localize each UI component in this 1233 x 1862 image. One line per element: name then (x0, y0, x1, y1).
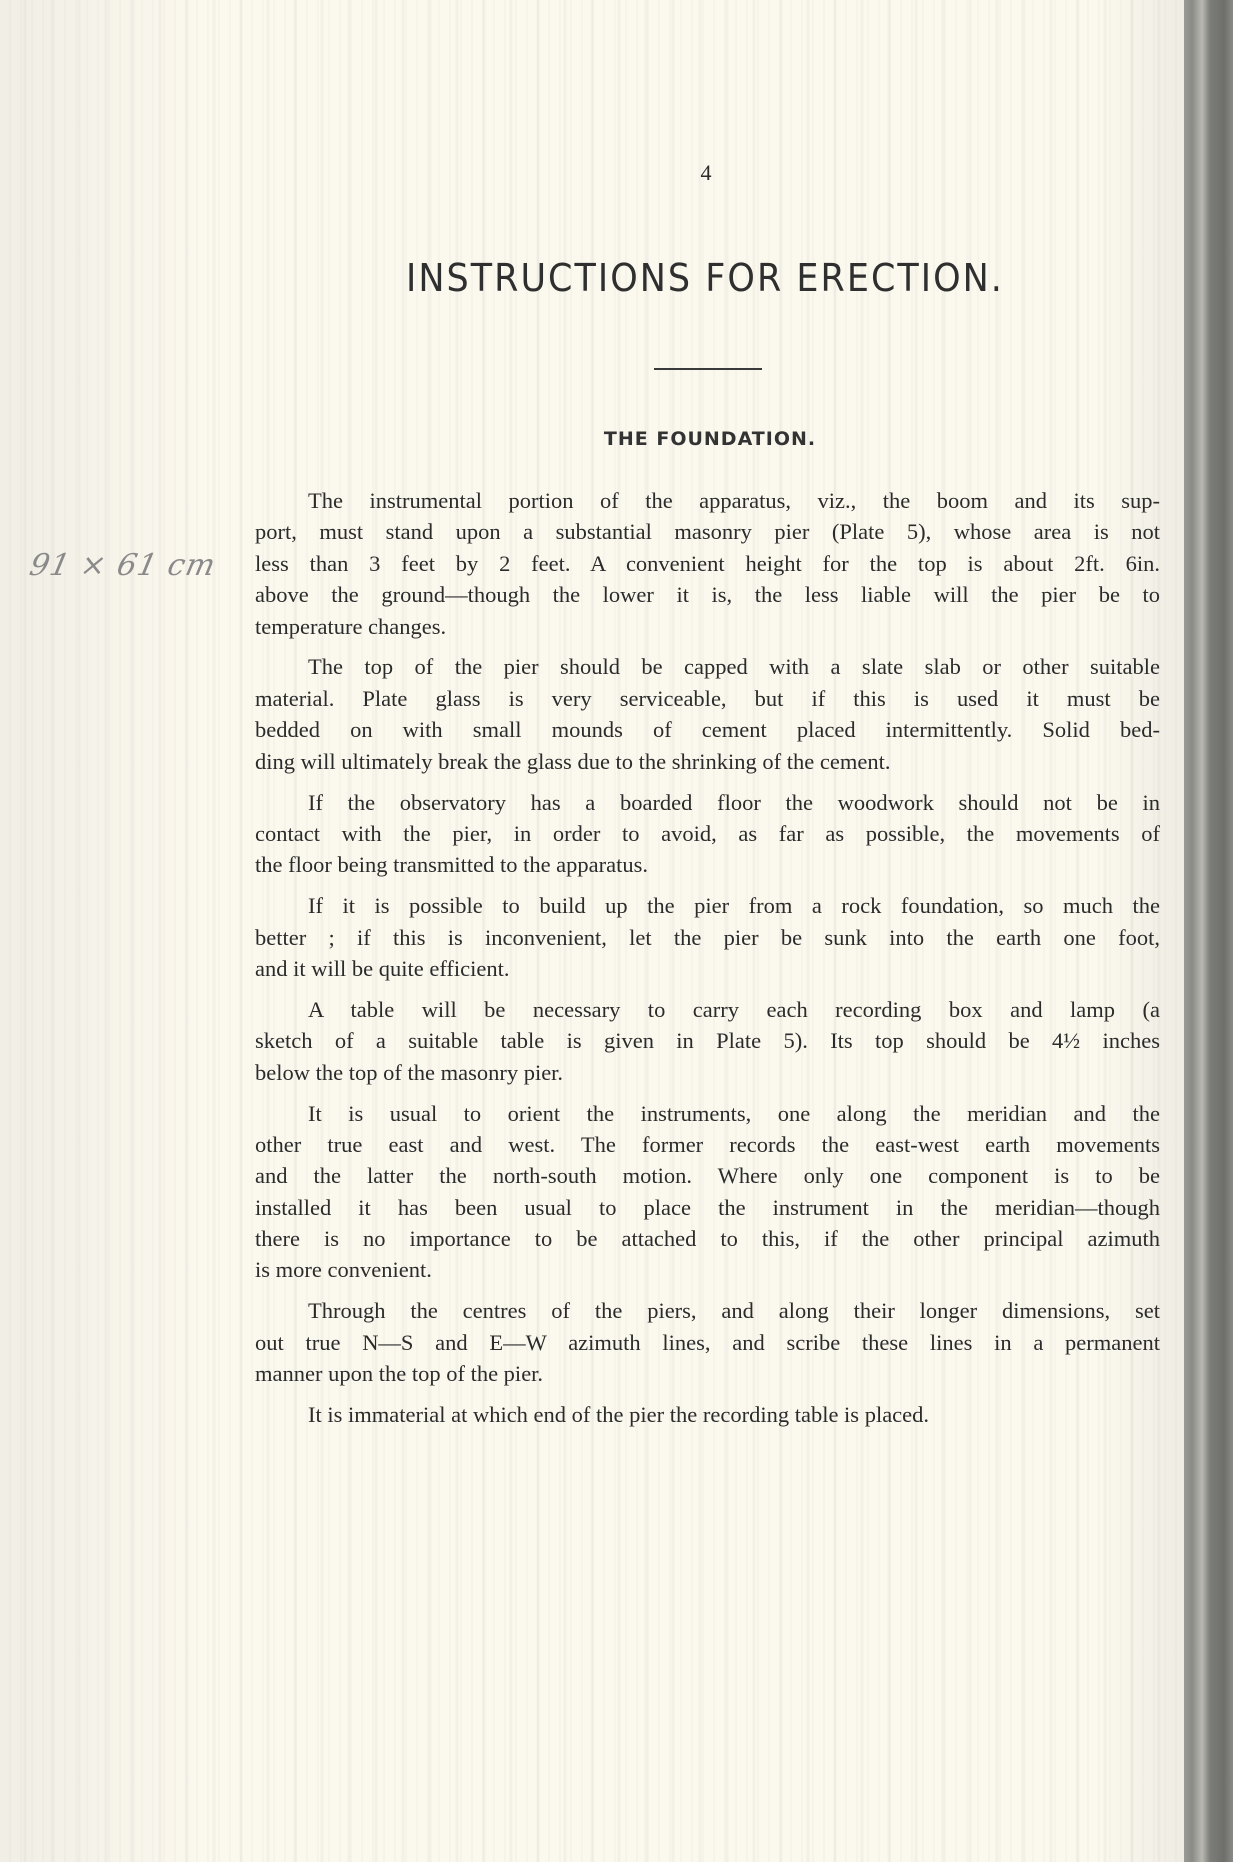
text-line: the floor being transmitted to the appar… (255, 849, 1160, 880)
paragraph-1: The instrumental portion of the apparatu… (255, 485, 1160, 642)
text-line: If it is possible to build up the pier f… (255, 890, 1160, 921)
text-line: port, must stand upon a substantial maso… (255, 516, 1160, 547)
text-line: ding will ultimately break the glass due… (255, 746, 1160, 777)
paragraph-4: If it is possible to build up the pier f… (255, 890, 1160, 984)
text-line: It is immaterial at which end of the pie… (255, 1399, 1160, 1430)
paragraph-3: If the observatory has a boarded floor t… (255, 787, 1160, 881)
scan-shade-left (0, 0, 200, 1862)
text-line: better ; if this is inconvenient, let th… (255, 922, 1160, 953)
paragraph-2: The top of the pier should be capped wit… (255, 651, 1160, 777)
text-line: below the top of the masonry pier. (255, 1057, 1160, 1088)
paragraph-5: A table will be necessary to carry each … (255, 994, 1160, 1088)
text-line: bedded on with small mounds of cement pl… (255, 714, 1160, 745)
text-line: above the ground—though the lower it is,… (255, 579, 1160, 610)
text-line: temperature changes. (255, 611, 1160, 642)
paragraph-8: It is immaterial at which end of the pie… (255, 1399, 1160, 1430)
text-line: material. Plate glass is very serviceabl… (255, 683, 1160, 714)
page-title: INSTRUCTIONS FOR ERECTION. (332, 255, 1077, 301)
text-line: manner upon the top of the pier. (255, 1358, 1160, 1389)
text-line: Through the centres of the piers, and al… (255, 1295, 1160, 1326)
text-line: sketch of a suitable table is given in P… (255, 1025, 1160, 1056)
title-divider (654, 368, 762, 370)
page-number: 4 (690, 160, 722, 186)
text-line: is more convenient. (255, 1254, 1160, 1285)
text-line: and it will be quite efficient. (255, 953, 1160, 984)
text-line: If the observatory has a boarded floor t… (255, 787, 1160, 818)
text-line: contact with the pier, in order to avoid… (255, 818, 1160, 849)
text-line: less than 3 feet by 2 feet. A convenient… (255, 548, 1160, 579)
text-line: The instrumental portion of the apparatu… (255, 485, 1160, 516)
paragraph-7: Through the centres of the piers, and al… (255, 1295, 1160, 1389)
text-line: there is no importance to be attached to… (255, 1223, 1160, 1254)
handwritten-margin-note: 91 × 61 cm (26, 548, 224, 584)
text-line: installed it has been usual to place the… (255, 1192, 1160, 1223)
text-line: out true N—S and E—W azimuth lines, and … (255, 1327, 1160, 1358)
text-line: other true east and west. The former rec… (255, 1129, 1160, 1160)
text-line: and the latter the north-south motion. W… (255, 1160, 1160, 1191)
text-line: A table will be necessary to carry each … (255, 994, 1160, 1025)
text-line: The top of the pier should be capped wit… (255, 651, 1160, 682)
body-text: The instrumental portion of the apparatu… (255, 485, 1160, 1440)
paragraph-6: It is usual to orient the instruments, o… (255, 1098, 1160, 1286)
section-heading: THE FOUNDATION. (560, 426, 860, 452)
page-edge-strip (1184, 0, 1233, 1862)
text-line: It is usual to orient the instruments, o… (255, 1098, 1160, 1129)
